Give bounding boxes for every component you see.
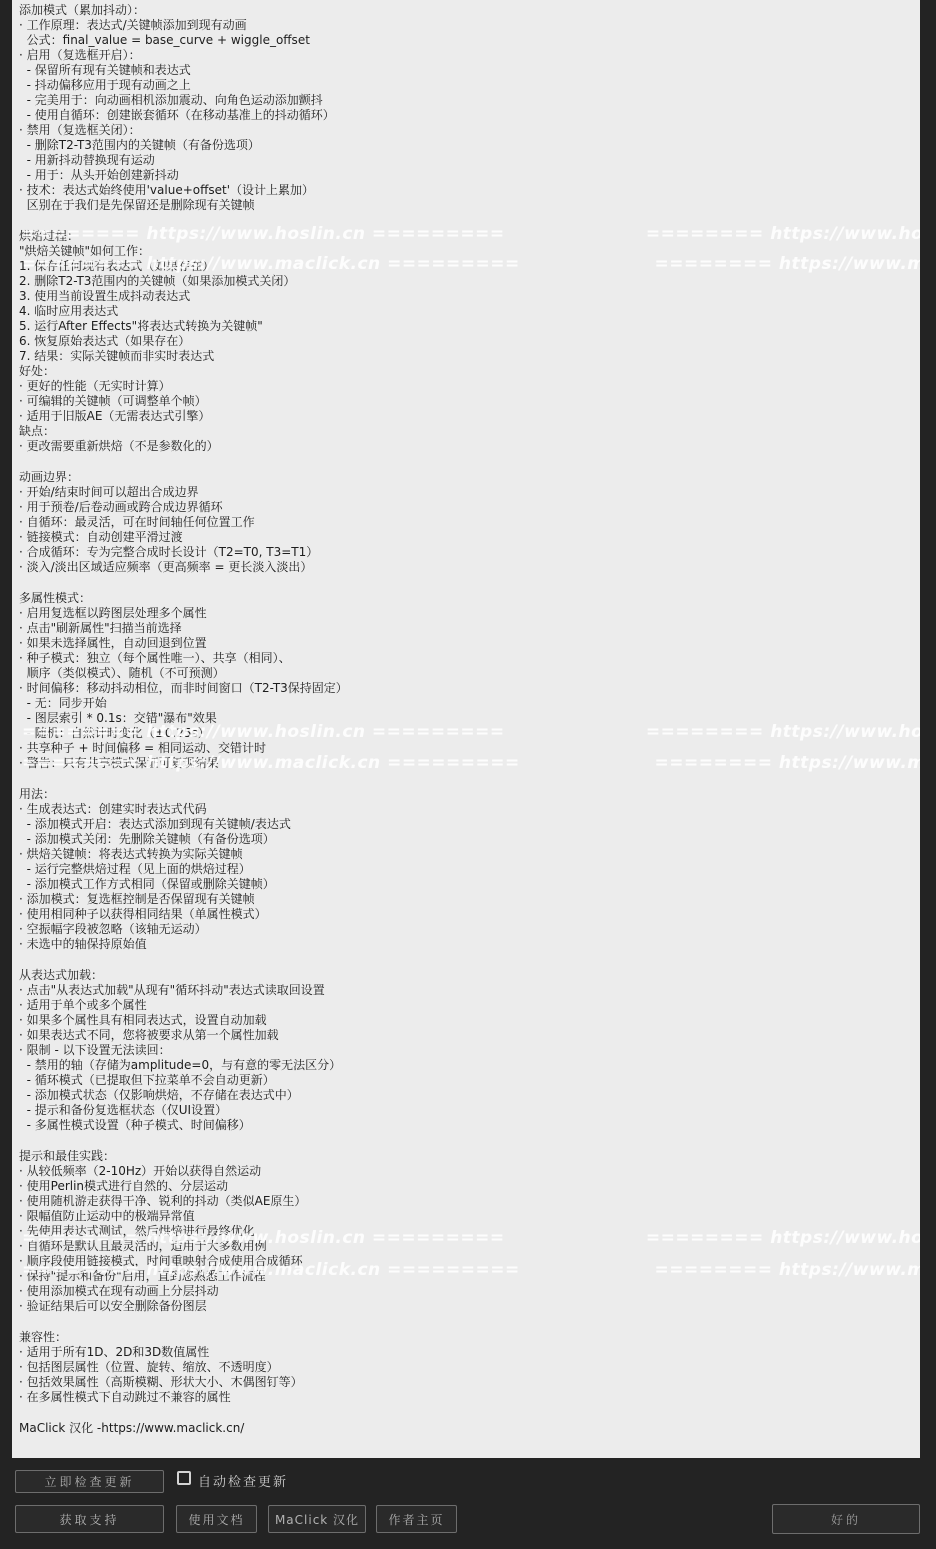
help-line: - 添加模式状态（仅影响烘焙，不存储在表达式中） <box>19 1088 916 1103</box>
get-support-button[interactable]: 获取支持 <box>15 1505 164 1533</box>
help-line: 兼容性： <box>19 1330 916 1345</box>
help-section: 用法：· 生成表达式：创建实时表达式代码 - 添加模式开启：表达式添加到现有关键… <box>19 787 916 952</box>
help-line: · 添加模式：复选框控制是否保留现有关键帧 <box>19 892 916 907</box>
help-text-panel[interactable]: 添加模式（累加抖动）：· 工作原理：表达式/关键帧添加到现有动画 公式：fina… <box>12 0 920 1458</box>
help-line: · 使用Perlin模式进行自然的、分层运动 <box>19 1179 916 1194</box>
author-homepage-button[interactable]: 作者主页 <box>376 1505 457 1533</box>
help-line: "烘焙关键帧"如何工作： <box>19 244 916 259</box>
help-line: · 更改需要重新烘焙（不是参数化的） <box>19 439 916 454</box>
help-line: - 保留所有现有关键帧和表达式 <box>19 63 916 78</box>
help-line: · 如果多个属性具有相同表达式，设置自动加载 <box>19 1013 916 1028</box>
help-line: 3. 使用当前设置生成抖动表达式 <box>19 289 916 304</box>
auto-check-update-label: 自动检查更新 <box>198 1471 288 1490</box>
help-line: - 随机：自然计时变化（±0.25s） <box>19 726 916 741</box>
help-line: · 保持"提示和备份"启用，直到您熟悉工作流程 <box>19 1269 916 1284</box>
help-line: - 完美用于：向动画相机添加震动、向角色运动添加颤抖 <box>19 93 916 108</box>
help-section: 添加模式（累加抖动）：· 工作原理：表达式/关键帧添加到现有动画 公式：fina… <box>19 3 916 213</box>
help-line: 从表达式加载： <box>19 968 916 983</box>
help-line: · 包括效果属性（高斯模糊、形状大小、木偶图钉等） <box>19 1375 916 1390</box>
help-line: - 删除T2-T3范围内的关键帧（有备份选项） <box>19 138 916 153</box>
help-line: · 时间偏移：移动抖动相位，而非时间窗口（T2-T3保持固定） <box>19 681 916 696</box>
help-line: · 淡入/淡出区域适应频率（更高频率 = 更长淡入淡出） <box>19 560 916 575</box>
help-line: 多属性模式： <box>19 591 916 606</box>
help-line: · 更好的性能（无实时计算） <box>19 379 916 394</box>
help-line: 4. 临时应用表达式 <box>19 304 916 319</box>
help-line: · 合成循环：专为完整合成时长设计（T2=T0, T3=T1） <box>19 545 916 560</box>
help-line: - 使用自循环：创建嵌套循环（在移动基准上的抖动循环） <box>19 108 916 123</box>
help-line: - 添加模式关闭：先删除关键帧（有备份选项） <box>19 832 916 847</box>
help-line: · 使用随机游走获得干净、锐利的抖动（类似AE原生） <box>19 1194 916 1209</box>
help-line: - 图层索引 * 0.1s：交错"瀑布"效果 <box>19 711 916 726</box>
auto-check-update-checkbox[interactable] <box>177 1471 191 1485</box>
help-line: 区别在于我们是先保留还是删除现有关键帧 <box>19 198 916 213</box>
help-line: - 提示和备份复选框状态（仅UI设置） <box>19 1103 916 1118</box>
help-line: · 共享种子 + 时间偏移 = 相同运动、交错计时 <box>19 741 916 756</box>
help-line: · 工作原理：表达式/关键帧添加到现有动画 <box>19 18 916 33</box>
check-update-now-button[interactable]: 立即检查更新 <box>15 1470 164 1493</box>
maclick-localization-button[interactable]: MaClick 汉化 <box>268 1505 366 1533</box>
help-line: · 启用（复选框开启）： <box>19 48 916 63</box>
help-line: 7. 结果：实际关键帧而非实时表达式 <box>19 349 916 364</box>
help-line: - 运行完整烘焙过程（见上面的烘焙过程） <box>19 862 916 877</box>
help-line: · 验证结果后可以安全删除备份图层 <box>19 1299 916 1314</box>
dialog-footer: 立即检查更新 自动检查更新 获取支持 使用文档 MaClick 汉化 作者主页 … <box>0 1458 936 1549</box>
help-line: - 添加模式开启：表达式添加到现有关键帧/表达式 <box>19 817 916 832</box>
help-line: · 顺序段使用链接模式，时间重映射合成使用合成循环 <box>19 1254 916 1269</box>
help-line: · 烘焙关键帧：将表达式转换为实际关键帧 <box>19 847 916 862</box>
help-line: - 抖动偏移应用于现有动画之上 <box>19 78 916 93</box>
help-section: 从表达式加载：· 点击"从表达式加载"从现有"循环抖动"表达式读取回设置· 适用… <box>19 968 916 1133</box>
help-line: · 种子模式：独立（每个属性唯一）、共享（相同）、 <box>19 651 916 666</box>
help-line: · 使用添加模式在现有动画上分层抖动 <box>19 1284 916 1299</box>
help-line: 添加模式（累加抖动）： <box>19 3 916 18</box>
help-line: 顺序（类似模式）、随机（不可预测） <box>19 666 916 681</box>
help-line: · 适用于单个或多个属性 <box>19 998 916 1013</box>
help-line: · 在多属性模式下自动跳过不兼容的属性 <box>19 1390 916 1405</box>
help-line: · 点击"从表达式加载"从现有"循环抖动"表达式读取回设置 <box>19 983 916 998</box>
help-section: 多属性模式：· 启用复选框以跨图层处理多个属性· 点击"刷新属性"扫描当前选择·… <box>19 591 916 771</box>
help-line: - 多属性模式设置（种子模式、时间偏移） <box>19 1118 916 1133</box>
help-section: 提示和最佳实践：· 从较低频率（2-10Hz）开始以获得自然运动· 使用Perl… <box>19 1149 916 1314</box>
help-section: MaClick 汉化 -https://www.maclick.cn/ <box>19 1421 916 1436</box>
help-line: 2. 删除T2-T3范围内的关键帧（如果添加模式关闭） <box>19 274 916 289</box>
help-line: · 生成表达式：创建实时表达式代码 <box>19 802 916 817</box>
help-line: - 循环模式（已提取但下拉菜单不会自动更新） <box>19 1073 916 1088</box>
help-line: 1. 保存任何现有表达式（如果存在） <box>19 259 916 274</box>
help-line: · 从较低频率（2-10Hz）开始以获得自然运动 <box>19 1164 916 1179</box>
help-line: · 启用复选框以跨图层处理多个属性 <box>19 606 916 621</box>
help-line: · 链接模式：自动创建平滑过渡 <box>19 530 916 545</box>
help-line: · 如果表达式不同，您将被要求从第一个属性加载 <box>19 1028 916 1043</box>
help-line: MaClick 汉化 -https://www.maclick.cn/ <box>19 1421 916 1436</box>
help-line: · 如果未选择属性，自动回退到位置 <box>19 636 916 651</box>
help-line: · 限幅值防止运动中的极端异常值 <box>19 1209 916 1224</box>
help-line: · 警告：只有共享模式保证可复现结果 <box>19 756 916 771</box>
help-section: 烘焙过程："烘焙关键帧"如何工作：1. 保存任何现有表达式（如果存在）2. 删除… <box>19 229 916 454</box>
help-line: · 点击"刷新属性"扫描当前选择 <box>19 621 916 636</box>
ok-button[interactable]: 好的 <box>772 1504 920 1534</box>
help-section: 动画边界：· 开始/结束时间可以超出合成边界· 用于预卷/后卷动画或跨合成边界循… <box>19 470 916 575</box>
help-line: 缺点： <box>19 424 916 439</box>
help-line: · 可编辑的关键帧（可调整单个帧） <box>19 394 916 409</box>
help-line: · 未选中的轴保持原始值 <box>19 937 916 952</box>
help-line: - 用新抖动替换现有运动 <box>19 153 916 168</box>
help-line: 公式：final_value = base_curve + wiggle_off… <box>19 33 916 48</box>
help-line: 用法： <box>19 787 916 802</box>
help-line: - 无：同步开始 <box>19 696 916 711</box>
help-line: · 先使用表达式测试，然后烘焙进行最终优化 <box>19 1224 916 1239</box>
help-line: 烘焙过程： <box>19 229 916 244</box>
help-sections: 添加模式（累加抖动）：· 工作原理：表达式/关键帧添加到现有动画 公式：fina… <box>19 3 916 1452</box>
help-line: · 技术：表达式始终使用'value+offset'（设计上累加） <box>19 183 916 198</box>
help-line: 动画边界： <box>19 470 916 485</box>
help-line: · 自循环是默认且最灵活的，适用于大多数用例 <box>19 1239 916 1254</box>
documentation-button[interactable]: 使用文档 <box>176 1505 257 1533</box>
help-line: · 使用相同种子以获得相同结果（单属性模式） <box>19 907 916 922</box>
help-line: · 自循环：最灵活，可在时间轴任何位置工作 <box>19 515 916 530</box>
help-line: · 空振幅字段被忽略（该轴无运动） <box>19 922 916 937</box>
help-line: 6. 恢复原始表达式（如果存在） <box>19 334 916 349</box>
help-line: 好处： <box>19 364 916 379</box>
help-line: · 限制 - 以下设置无法读回： <box>19 1043 916 1058</box>
help-line: - 添加模式工作方式相同（保留或删除关键帧） <box>19 877 916 892</box>
help-line: · 禁用（复选框关闭）： <box>19 123 916 138</box>
help-line: · 适用于所有1D、2D和3D数值属性 <box>19 1345 916 1360</box>
help-line: · 适用于旧版AE（无需表达式引擎） <box>19 409 916 424</box>
help-line: · 开始/结束时间可以超出合成边界 <box>19 485 916 500</box>
help-line: 5. 运行After Effects"将表达式转换为关键帧" <box>19 319 916 334</box>
help-line: - 用于：从头开始创建新抖动 <box>19 168 916 183</box>
help-line: - 禁用的轴（存储为amplitude=0，与有意的零无法区分） <box>19 1058 916 1073</box>
help-section: 兼容性：· 适用于所有1D、2D和3D数值属性· 包括图层属性（位置、旋转、缩放… <box>19 1330 916 1405</box>
help-line: · 包括图层属性（位置、旋转、缩放、不透明度） <box>19 1360 916 1375</box>
help-line: · 用于预卷/后卷动画或跨合成边界循环 <box>19 500 916 515</box>
help-line: 提示和最佳实践： <box>19 1149 916 1164</box>
